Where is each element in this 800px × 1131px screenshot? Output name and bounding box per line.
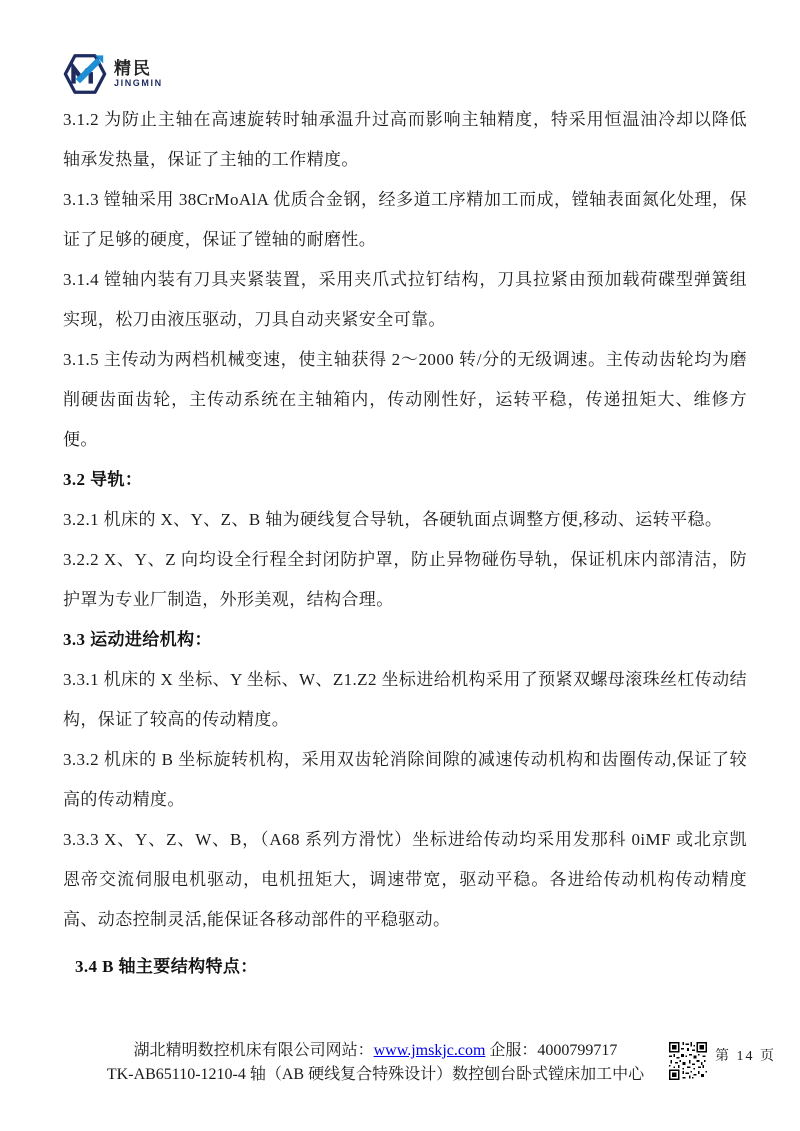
brand-name-en: JINGMIN bbox=[114, 79, 163, 88]
footer-product-line: TK-AB65110-1210-4 轴（AB 硬线复合特殊设计）数控刨台卧式镗床… bbox=[88, 1063, 663, 1087]
brand-logo: 精民 JINGMIN bbox=[62, 48, 163, 100]
paragraph-3-3-1: 3.3.1 机床的 X 坐标、Y 坐标、W、Z1.Z2 坐标进给机构采用了预紧双… bbox=[63, 660, 747, 740]
paragraph-3-1-4: 3.1.4 镗轴内装有刀具夹紧装置，采用夹爪式拉钉结构，刀具拉紧由预加载荷碟型弹… bbox=[63, 260, 747, 340]
brand-name-cn: 精民 bbox=[114, 60, 163, 77]
qr-code bbox=[669, 1042, 707, 1080]
website-link[interactable]: www.jmskjc.com bbox=[374, 1042, 486, 1059]
paragraph-3-1-5: 3.1.5 主传动为两档机械变速，使主轴获得 2～2000 转/分的无级调速。主… bbox=[63, 340, 747, 460]
document-body: 3.1.2 为防止主轴在高速旋转时轴承温升过高而影响主轴精度，特采用恒温油冷却以… bbox=[63, 100, 747, 987]
section-heading-3-3: 3.3 运动进给机构： bbox=[63, 620, 747, 660]
paragraph-3-3-2: 3.3.2 机床的 B 坐标旋转机构，采用双齿轮消除间隙的减速传动机构和齿圈传动… bbox=[63, 740, 747, 820]
paragraph-3-1-3: 3.1.3 镗轴采用 38CrMoAlA 优质合金钢，经多道工序精加工而成，镗轴… bbox=[63, 180, 747, 260]
paragraph-3-3-3: 3.3.3 X、Y、Z、W、B，（A68 系列方滑忱）坐标进给传动均采用发那科 … bbox=[63, 820, 747, 940]
paragraph-3-2-1: 3.2.1 机床的 X、Y、Z、B 轴为硬线复合导轨，各硬轨面点调整方便,移动、… bbox=[63, 500, 747, 540]
section-heading-3-4: 3.4 B 轴主要结构特点： bbox=[63, 947, 747, 987]
paragraph-3-2-2: 3.2.2 X、Y、Z 向均设全行程全封闭防护罩，防止异物碰伤导轨，保证机床内部… bbox=[63, 540, 747, 620]
footer-service-phone: 企服：4000799717 bbox=[489, 1042, 617, 1059]
paragraph-3-1-2: 3.1.2 为防止主轴在高速旋转时轴承温升过高而影响主轴精度，特采用恒温油冷却以… bbox=[63, 100, 747, 180]
section-heading-3-2: 3.2 导轨： bbox=[63, 460, 747, 500]
page-footer: 湖北精明数控机床有限公司网站：www.jmskjc.com 企服：4000799… bbox=[0, 1039, 800, 1087]
document-page: 精民 JINGMIN 3.1.2 为防止主轴在高速旋转时轴承温升过高而影响主轴精… bbox=[0, 0, 800, 1131]
hexagon-m-logo-icon bbox=[62, 52, 108, 96]
footer-company-prefix: 湖北精明数控机床有限公司网站： bbox=[134, 1042, 374, 1059]
footer-company-line: 湖北精明数控机床有限公司网站：www.jmskjc.com 企服：4000799… bbox=[88, 1039, 663, 1063]
page-number: 第 14 页 bbox=[715, 1045, 776, 1065]
